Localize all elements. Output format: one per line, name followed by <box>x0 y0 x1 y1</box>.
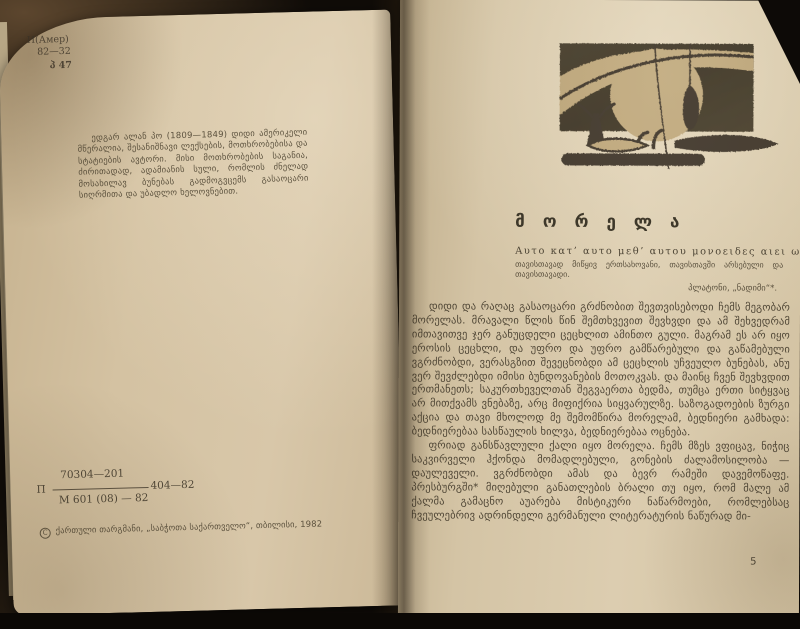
epigraph-translation: თავისთავად მიწყივ ერთსახოვანი, თავისთავშ… <box>515 260 783 282</box>
background-bottom-band <box>0 613 800 629</box>
library-stamp: И(Амер) 82—32 პ 47 <box>27 34 72 73</box>
library-stamp-line3: პ 47 <box>49 60 72 73</box>
catalog-denominator: М 601 (08) — 82 <box>59 492 149 506</box>
epigraph-greek: Αυτο κατ’ αυτο μεθ’ αυτου μονοειδες αιει… <box>515 246 783 258</box>
author-annotation-paragraph: ედგარ ალან პო (1809—1849) დიდი ამერიკელი… <box>77 128 309 202</box>
story-paragraph-1: დიდი და რაღაც გასაოცარი გრძნობით შევთვის… <box>412 300 790 440</box>
catalog-prefix: П <box>36 484 45 496</box>
catalog-numerator: 70304—201 <box>60 468 124 482</box>
chapter-vignette-illustration <box>557 40 783 173</box>
copyright-line: Cქართული თარგმანი, „საბჭოთა საქართველო“,… <box>40 518 370 539</box>
chapter-title: მ ო რ ე ლ ა <box>411 211 789 232</box>
ground-bar <box>562 153 705 166</box>
story-paragraph-2: ფრიად განსწავლული ქალი იყო მორელა. ჩემს … <box>411 439 789 524</box>
catalog-fraction-bar <box>53 487 149 491</box>
page-number: 5 <box>750 557 756 568</box>
epigraph-block: Αυτο κατ’ αυτο μεθ’ αυτου μονοειδες αιει… <box>515 246 783 294</box>
catalog-number-block: П 70304—201 404—82 М 601 (08) — 82 <box>30 463 201 517</box>
right-page: მ ო რ ე ლ ა Αυτο κατ’ αυτο μεθ’ αυτου μο… <box>398 0 800 622</box>
copyright-text: ქართული თარგმანი, „საბჭოთა საქართველო“, … <box>56 519 323 536</box>
epigraph-attribution: პლატონი, „ნადიმი“*. <box>515 283 783 294</box>
catalog-suffix: 404—82 <box>150 479 194 492</box>
right-leaf-shape <box>675 135 779 152</box>
left-page: И(Амер) 82—32 პ 47 ედგარ ალან პო (1809—1… <box>0 9 406 615</box>
library-stamp-line2: 82—32 <box>37 46 72 59</box>
book-spread-photo: И(Амер) 82—32 პ 47 ედგარ ალან პო (1809—1… <box>0 0 800 629</box>
copyright-icon: C <box>40 528 51 539</box>
story-body-text: დიდი და რაღაც გასაოცარი გრძნობით შევთვის… <box>411 300 790 524</box>
